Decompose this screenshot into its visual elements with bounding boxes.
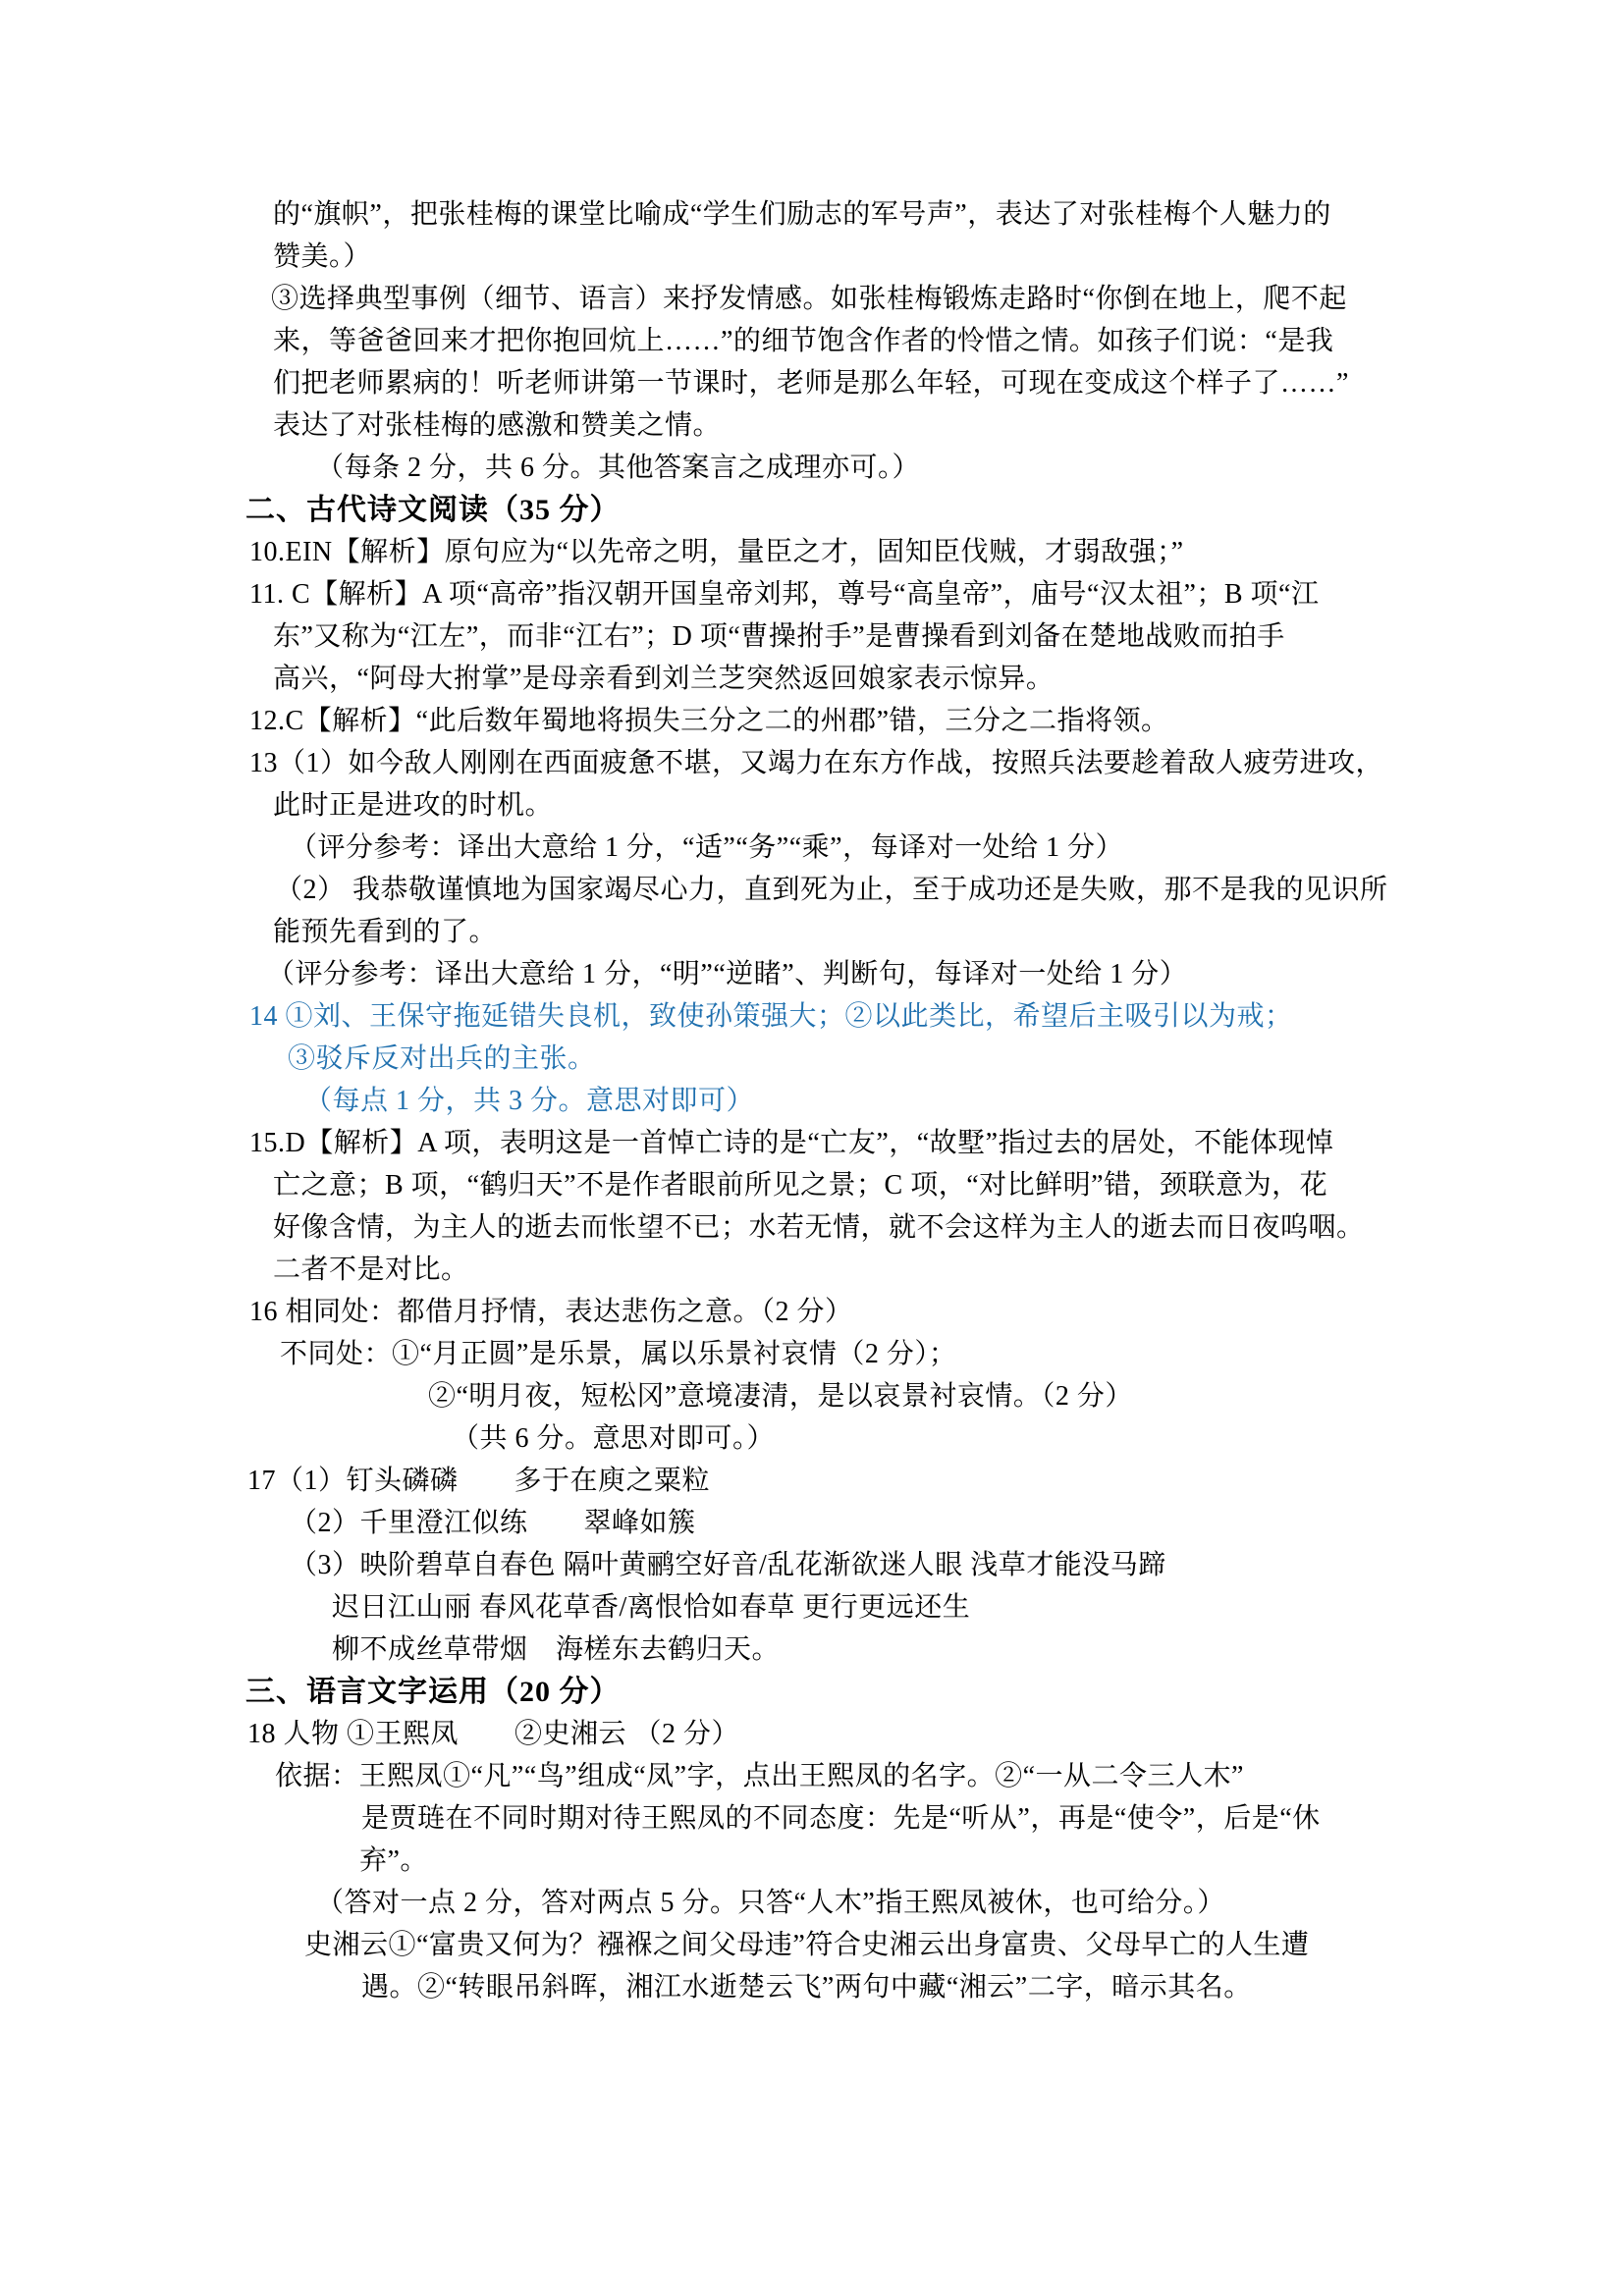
doc-line: 14 ①刘、王保守拖延错失良机，致使孙策强大；②以此类比，希望后主吸引以为戒；	[245, 995, 1414, 1038]
doc-line: 高兴，“阿母大拊掌”是母亲看到刘兰芝突然返回娘家表示惊异。	[245, 658, 1414, 700]
doc-line: 能预先看到的了。	[245, 911, 1414, 953]
doc-line: 二、古代诗文阅读（35 分）	[245, 489, 1414, 531]
doc-line: 11. C【解析】A 项“高帝”指汉朝开国皇帝刘邦，尊号“高皇帝”，庙号“汉太祖…	[245, 573, 1414, 615]
doc-line: （3）映阶碧草自春色 隔叶黄鹂空好音/乱花渐欲迷人眼 浅草才能没马蹄	[245, 1544, 1414, 1586]
doc-line: 二者不是对比。	[245, 1249, 1414, 1291]
doc-line: 们把老师累病的！听老师讲第一节课时，老师是那么年轻，可现在变成这个样子了……”	[245, 362, 1414, 404]
doc-line: 12.C【解析】“此后数年蜀地将损失三分之二的州郡”错，三分之二指将领。	[245, 700, 1414, 742]
answer-key-page: 的“旗帜”，把张桂梅的课堂比喻成“学生们励志的军号声”，表达了对张桂梅个人魅力的…	[0, 0, 1624, 2296]
document-text-body: 的“旗帜”，把张桂梅的课堂比喻成“学生们励志的军号声”，表达了对张桂梅个人魅力的…	[245, 193, 1414, 2008]
doc-line: （2）千里澄江似练 翠峰如簇	[245, 1502, 1414, 1544]
doc-line: 18 人物 ①王熙凤 ②史湘云 （2 分）	[245, 1713, 1414, 1755]
doc-line: 柳不成丝草带烟 海槎东去鹤归天。	[245, 1629, 1414, 1671]
doc-line: 东”又称为“江左”，而非“江右”；D 项“曹操拊手”是曹操看到刘备在楚地战败而拍…	[245, 615, 1414, 658]
doc-line: 赞美。）	[245, 236, 1414, 278]
doc-line: 来，等爸爸回来才把你抱回炕上……”的细节饱含作者的怜惜之情。如孩子们说：“是我	[245, 320, 1414, 362]
doc-line: 10.EIN【解析】原句应为“以先帝之明，量臣之才，固知臣伐贼，才弱敌强；”	[245, 531, 1414, 573]
doc-line: 16 相同处：都借月抒情，表达悲伤之意。（2 分）	[245, 1291, 1414, 1333]
doc-line: 遇。②“转眼吊斜晖，湘江水逝楚云飞”两句中藏“湘云”二字，暗示其名。	[245, 1966, 1414, 2008]
doc-line: ③选择典型事例（细节、语言）来抒发情感。如张桂梅锻炼走路时“你倒在地上，爬不起	[245, 278, 1414, 320]
doc-line: 15.D【解析】A 项，表明这是一首悼亡诗的是“亡友”，“故墅”指过去的居处，不…	[245, 1122, 1414, 1164]
doc-line: 好像含情，为主人的逝去而怅望不已；水若无情，就不会这样为主人的逝去而日夜呜咽。	[245, 1206, 1414, 1249]
doc-line: 三、语言文字运用（20 分）	[245, 1671, 1414, 1713]
doc-line: 史湘云①“富贵又何为？襁褓之间父母违”符合史湘云出身富贵、父母早亡的人生遭	[245, 1924, 1414, 1966]
doc-line: 表达了对张桂梅的感激和赞美之情。	[245, 404, 1414, 447]
doc-line: 亡之意；B 项，“鹤归天”不是作者眼前所见之景；C 项，“对比鲜明”错，颈联意为…	[245, 1164, 1414, 1206]
doc-line: 是贾琏在不同时期对待王熙凤的不同态度：先是“听从”，再是“使令”，后是“休	[245, 1797, 1414, 1840]
doc-line: 13（1）如今敌人刚刚在西面疲惫不堪，又竭力在东方作战，按照兵法要趁着敌人疲劳进…	[245, 742, 1414, 784]
doc-line: 迟日江山丽 春风花草香/离恨恰如春草 更行更远还生	[245, 1586, 1414, 1629]
doc-line: （每条 2 分，共 6 分。其他答案言之成理亦可。）	[245, 447, 1414, 489]
doc-line: 不同处：①“月正圆”是乐景，属以乐景衬哀情（2 分）；	[245, 1333, 1414, 1375]
doc-line: 此时正是进攻的时机。	[245, 784, 1414, 827]
doc-line: （每点 1 分，共 3 分。意思对即可）	[245, 1080, 1414, 1122]
doc-line: （共 6 分。意思对即可。）	[245, 1417, 1414, 1460]
doc-line: 弃”。	[245, 1840, 1414, 1882]
doc-line: （答对一点 2 分，答对两点 5 分。只答“人木”指王熙凤被休，也可给分。）	[245, 1882, 1414, 1924]
doc-line: 的“旗帜”，把张桂梅的课堂比喻成“学生们励志的军号声”，表达了对张桂梅个人魅力的	[245, 193, 1414, 236]
doc-line: ③驳斥反对出兵的主张。	[245, 1038, 1414, 1080]
doc-line: 依据：王熙凤①“凡”“鸟”组成“凤”字，点出王熙凤的名字。②“一从二令三人木”	[245, 1755, 1414, 1797]
doc-line: （评分参考：译出大意给 1 分，“明”“逆睹”、判断句，每译对一处给 1 分）	[245, 953, 1414, 995]
doc-line: （2） 我恭敬谨慎地为国家竭尽心力，直到死为止，至于成功还是失败，那不是我的见识…	[245, 869, 1414, 911]
doc-line: 17（1）钉头磷磷 多于在庾之粟粒	[245, 1460, 1414, 1502]
doc-line: ②“明月夜，短松冈”意境凄清，是以哀景衬哀情。（2 分）	[245, 1375, 1414, 1417]
doc-line: （评分参考：译出大意给 1 分，“适”“务”“乘”，每译对一处给 1 分）	[245, 827, 1414, 869]
